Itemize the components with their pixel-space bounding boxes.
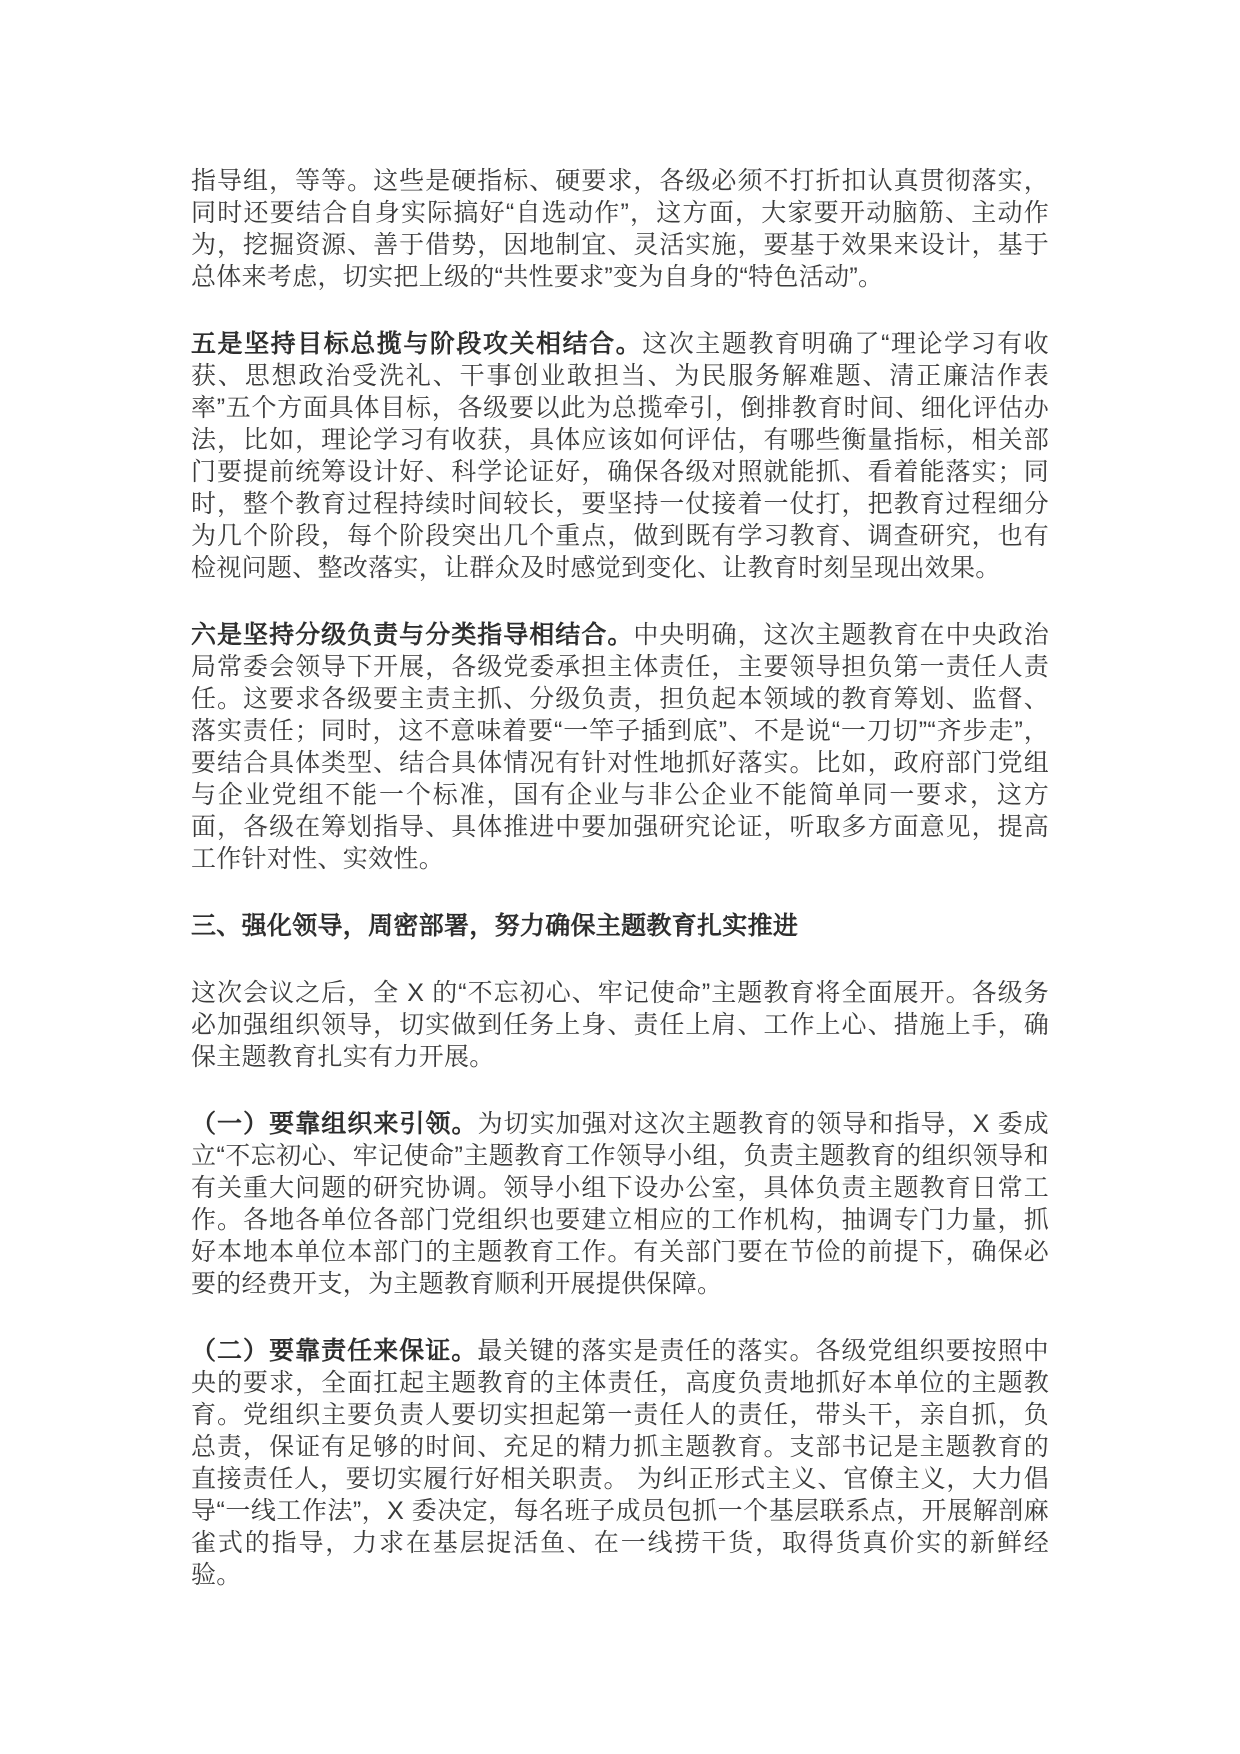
paragraph-lead: （一）要靠组织来引领。	[191, 1110, 478, 1138]
paragraph-continuation: 指导组，等等。这些是硬指标、硬要求，各级必须不打折扣认真贯彻落实，同时还要结合自…	[191, 165, 1049, 293]
paragraph-point-six: 六是坚持分级负责与分类指导相结合。中央明确，这次主题教育在中央政治局常委会领导下…	[191, 619, 1049, 875]
paragraph-lead: 六是坚持分级负责与分类指导相结合。	[191, 621, 633, 649]
paragraph-text: 这次会议之后，全 X 的“不忘初心、牢记使命”主题教育将全面展开。各级务必加强组…	[191, 979, 1049, 1071]
paragraph-lead: 五是坚持目标总揽与阶段攻关相结合。	[191, 330, 642, 358]
document-body: 指导组，等等。这些是硬指标、硬要求，各级必须不打折扣认真贯彻落实，同时还要结合自…	[191, 165, 1049, 1626]
paragraph-text: 最关键的落实是责任的落实。各级党组织要按照中央的要求，全面扛起主题教育的主体责任…	[191, 1337, 1049, 1589]
paragraph-point-five: 五是坚持目标总揽与阶段攻关相结合。这次主题教育明确了“理论学习有收获、思想政治受…	[191, 328, 1049, 584]
section-heading-text: 三、强化领导，周密部署，努力确保主题教育扎实推进	[191, 912, 798, 940]
paragraph-sub-one: （一）要靠组织来引领。为切实加强对这次主题教育的领导和指导，X 委成立“不忘初心…	[191, 1108, 1049, 1300]
paragraph-intro: 这次会议之后，全 X 的“不忘初心、牢记使命”主题教育将全面展开。各级务必加强组…	[191, 977, 1049, 1073]
paragraph-text: 这次主题教育明确了“理论学习有收获、思想政治受洗礼、干事创业敢担当、为民服务解难…	[191, 330, 1049, 582]
paragraph-text: 为切实加强对这次主题教育的领导和指导，X 委成立“不忘初心、牢记使命”主题教育工…	[191, 1110, 1049, 1298]
paragraph-sub-two: （二）要靠责任来保证。最关键的落实是责任的落实。各级党组织要按照中央的要求，全面…	[191, 1335, 1049, 1591]
paragraph-text: 中央明确，这次主题教育在中央政治局常委会领导下开展，各级党委承担主体责任，主要领…	[191, 621, 1049, 873]
paragraph-lead: （二）要靠责任来保证。	[191, 1337, 477, 1365]
paragraph-text: 指导组，等等。这些是硬指标、硬要求，各级必须不打折扣认真贯彻落实，同时还要结合自…	[191, 167, 1049, 291]
section-heading: 三、强化领导，周密部署，努力确保主题教育扎实推进	[191, 910, 1049, 942]
